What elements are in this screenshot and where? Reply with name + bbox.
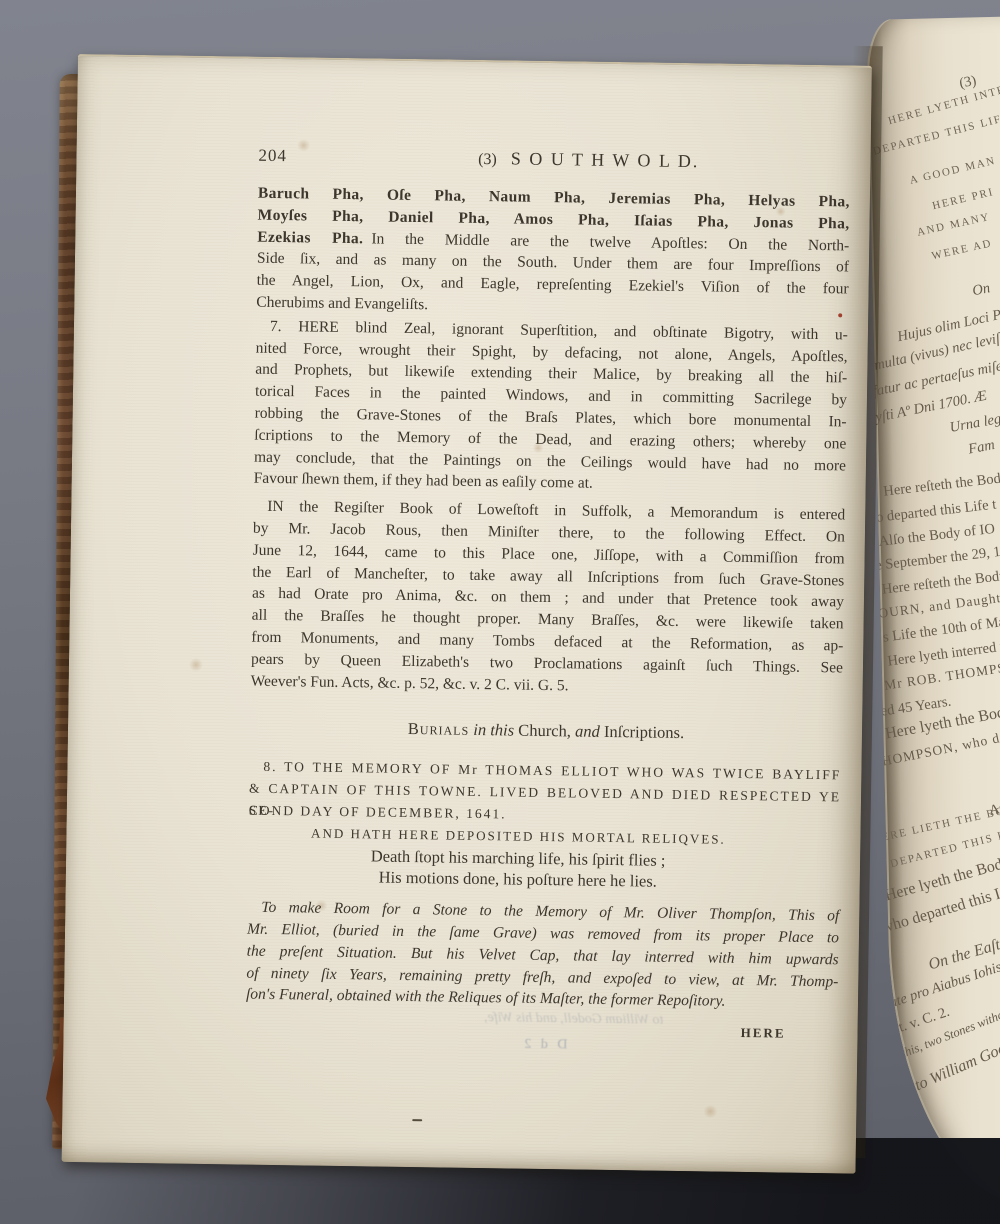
heading-segment: in this [469, 720, 518, 740]
heading-segment: and [575, 722, 604, 741]
heading-segment: Burials [408, 719, 470, 739]
thompson-note: To make Room for a Stone to the Memory o… [246, 897, 840, 1015]
signature-mark: (3) [478, 151, 497, 168]
fox-spot [702, 1105, 718, 1117]
show-through-signature: D d 2 [521, 1037, 567, 1054]
text-block: 204 (3)S O U T H W O L D. Baruch Pha, Oſ… [245, 145, 850, 1043]
facing-page-line: Fam [967, 437, 996, 459]
paragraph-7: 7. HERE blind Zeal, ignorant Superſtitio… [254, 315, 849, 498]
section-heading: Burials in this Church, and Inſcriptions… [250, 716, 842, 747]
page-number: 204 [258, 146, 287, 166]
facing-page-line: HERE PRI [931, 186, 995, 212]
facing-page-line: WERE AD [931, 237, 994, 262]
facing-page-line: Urna leg [948, 411, 1000, 437]
blackletter-paragraph: Baruch Pha, Oſe Pha, Naum Pha, Jeremias … [256, 183, 850, 323]
facing-page-line: On [971, 280, 992, 300]
ink-speck [412, 1119, 422, 1121]
facing-page: (3)HERE LYETH INTERDEPARTED THIS LIFEA G… [866, 17, 1000, 1208]
running-title-text: S O U T H W O L D. [511, 148, 700, 171]
facing-page-line: (3) [958, 73, 978, 93]
heading-segment: Inſcriptions. [604, 722, 684, 742]
facing-page-lines: (3)HERE LYETH INTERDEPARTED THIS LIFEA G… [866, 17, 1000, 20]
text-line-blackletter: Ezekias Pha. [257, 228, 363, 247]
inscription-8: 8. TO THE MEMORY OF Mr THOMAS ELLIOT WHO… [248, 756, 842, 896]
facing-page-line: Here reſteth the Body [883, 470, 1000, 501]
facing-page-line: AND MANY [916, 211, 991, 239]
paragraph-register: IN the Regiſter Book of Loweſtoft in Suf… [251, 496, 846, 701]
left-page: 204 (3)S O U T H W O L D. Baruch Pha, Oſ… [62, 54, 872, 1174]
book-photograph: (3)HERE LYETH INTERDEPARTED THIS LIFEA G… [0, 0, 1000, 1224]
facing-page-line: A GOOD MAN [909, 155, 998, 187]
heading-segment: Church, [518, 721, 575, 741]
